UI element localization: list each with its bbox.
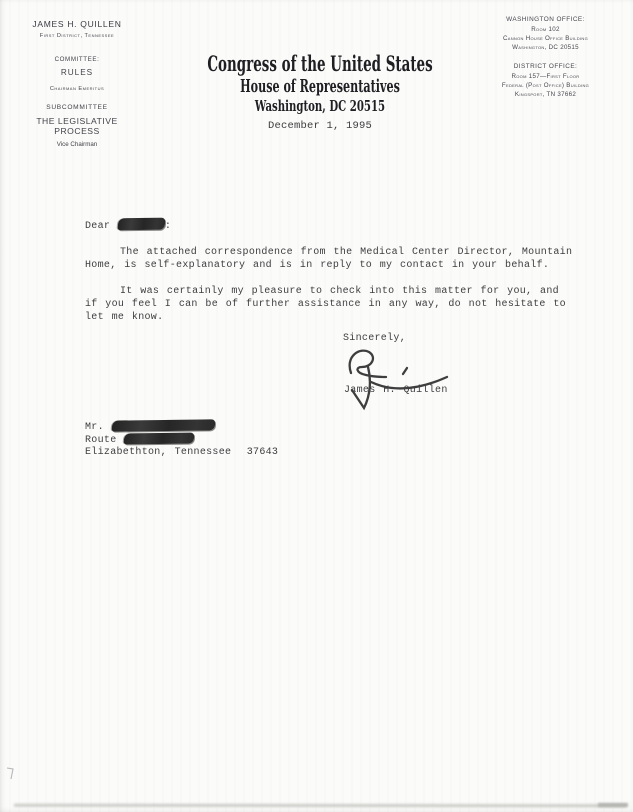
salutation-line: Dear :: [85, 218, 171, 233]
subcommittee-role: Vice Chairman: [16, 141, 138, 148]
redaction-recipient-name: [117, 218, 165, 231]
salutation-suffix: :: [165, 221, 171, 232]
scan-edge-shadow: [14, 804, 626, 808]
washington-office-title: WASHINGTON OFFICE:: [458, 16, 633, 23]
masthead-line3: Washington, DC 20515: [180, 98, 460, 116]
recipient-line-1: Mr.: [85, 420, 278, 433]
masthead-line1: Congress of the United States: [192, 52, 448, 76]
redaction-recipient-address-name: [111, 419, 215, 431]
body-paragraph-2: It was certainly my pleasure to check in…: [85, 285, 566, 324]
member-district: First District, Tennessee: [16, 33, 138, 39]
body-paragraph-1: The attached correspondence from the Med…: [85, 246, 572, 272]
recipient-line-2: Route: [85, 433, 278, 446]
recipient-prefix-1: Mr.: [85, 422, 104, 433]
masthead: Congress of the United States House of R…: [120, 52, 520, 133]
masthead-line2: House of Representatives: [196, 76, 444, 98]
scan-corner-artifact: [5, 766, 19, 784]
recipient-address-block: Mr. Route Elizabethton, Tennessee 37643: [85, 420, 278, 459]
washington-office-address: Room 102 Cannon House Office Building Wa…: [458, 25, 633, 52]
redaction-recipient-route: [124, 433, 195, 445]
date-line: December 1, 1995: [120, 119, 520, 133]
recipient-line-3: Elizabethton, Tennessee 37643: [85, 446, 278, 459]
member-name: JAMES H. QUILLEN: [16, 19, 138, 29]
salutation-prefix: Dear: [85, 221, 110, 232]
handwritten-signature: [330, 344, 460, 414]
typed-signer-name: James H. Quillen: [344, 384, 448, 397]
recipient-prefix-2: Route: [85, 435, 117, 446]
letter-page: JAMES H. QUILLEN First District, Tenness…: [0, 0, 633, 812]
scan-edge-shadow-dark: [598, 803, 628, 807]
